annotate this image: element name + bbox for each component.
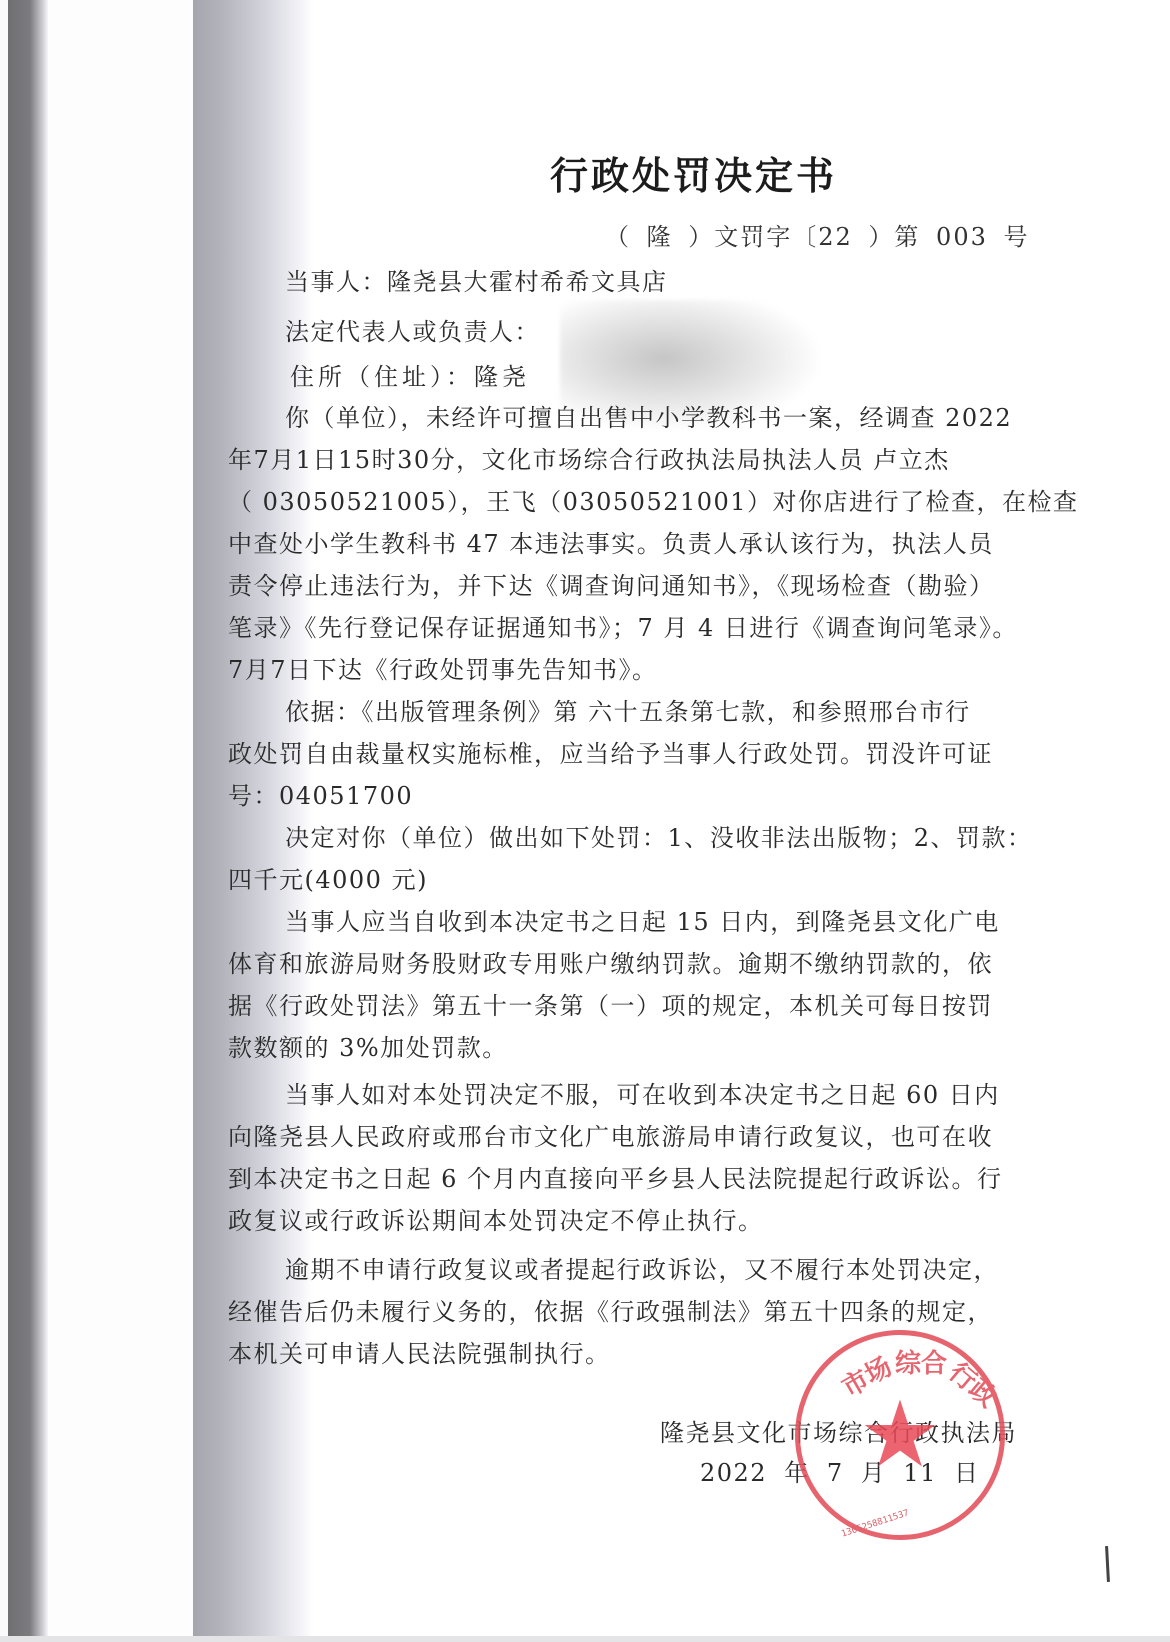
fine-amount-line: 四千元(4000 元)	[228, 860, 428, 895]
body-line: 到本决定书之日起 6 个月内直接向平乡县人民法院提起行政诉讼。行	[228, 1159, 1003, 1194]
body-line: 据《行政处罚法》第五十一条第（一）项的规定，本机关可每日按罚	[228, 986, 993, 1021]
party-line: 当事人：隆尧县大霍村希希文具店	[285, 262, 668, 297]
body-line: 款数额的 3%加处罚款。	[228, 1028, 508, 1063]
official-seal: 市场 综合 行政 ★ 1305258811537	[795, 1330, 1005, 1540]
body-line: 当事人如对本处罚决定不服，可在收到本决定书之日起 60 日内	[285, 1075, 1000, 1110]
body-line: 7月7日下达《行政处罚事先告知书》。	[228, 650, 658, 685]
license-number-line: 号：04051700	[228, 776, 413, 811]
body-line: 中查处小学生教科书 47 本违法事实。负责人承认该行为，执法人员	[228, 524, 994, 559]
body-line: 逾期不申请行政复议或者提起行政诉讼，又不履行本处罚决定，	[285, 1250, 999, 1285]
star-icon: ★	[859, 1389, 941, 1481]
address-line: 住所（住址）：隆尧	[290, 357, 530, 392]
penalty-line: 决定对你（单位）做出如下处罚：1、没收非法出版物；2、罚款：	[285, 818, 1033, 853]
body-line: 依据：《出版管理条例》第 六十五条第七款，和参照邢台市行	[285, 692, 971, 727]
pen-mark	[1105, 1546, 1110, 1582]
body-line: 你（单位），未经许可擅自出售中小学教科书一案，经调查 2022	[285, 398, 1012, 433]
body-line: （ 03050521005），王飞（03050521001）对你店进行了检查，在…	[228, 482, 1079, 517]
body-line: 责令停止违法行为，并下达《调查询问通知书》，《现场检查（勘验）	[228, 566, 995, 601]
seal-ring-text: 综合	[895, 1343, 947, 1380]
seal-code: 1305258811537	[840, 1508, 910, 1539]
body-line: 笔录》《先行登记保存证据通知书》；7 月 4 日进行《调查询问笔录》。	[228, 608, 1018, 643]
penalty-decision-document: 行政处罚决定书 （ 隆 ）文罚字〔22 ）第 003 号 当事人：隆尧县大霍村希…	[0, 0, 1170, 1642]
body-line: 政处罚自由裁量权实施标椎，应当给予当事人行政处罚。罚没许可证	[228, 734, 993, 769]
body-line: 向隆尧县人民政府或邢台市文化广电旅游局申请行政复议，也可在收	[228, 1117, 993, 1152]
legal-representative-line: 法定代表人或负责人：	[285, 312, 540, 347]
body-line: 经催告后仍未履行义务的，依据《行政强制法》第五十四条的规定，	[228, 1292, 993, 1327]
body-line: 当事人应当自收到本决定书之日起 15 日内，到隆尧县文化广电	[285, 902, 1000, 937]
body-line: 政复议或行政诉讼期间本处罚决定不停止执行。	[228, 1201, 764, 1236]
body-line: 年7月1日15时30分，文化市场综合行政执法局执法人员 卢立杰	[228, 440, 950, 475]
body-line: 本机关可申请人民法院强制执行。	[228, 1334, 611, 1369]
body-line: 体育和旅游局财务股财政专用账户缴纳罚款。逾期不缴纳罚款的，依	[228, 944, 993, 979]
document-title: 行政处罚决定书	[550, 145, 837, 200]
document-number: （ 隆 ）文罚字〔22 ）第 003 号	[605, 217, 1030, 252]
seal-ring-text: 行政	[942, 1353, 1006, 1415]
